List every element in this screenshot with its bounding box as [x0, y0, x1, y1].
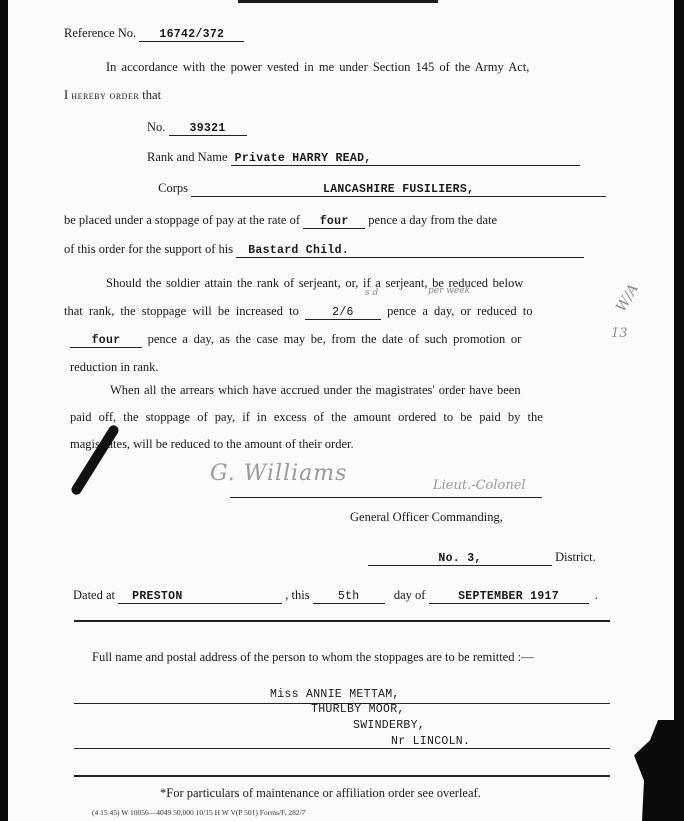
reference-line: Reference No. 16742/372	[64, 26, 244, 42]
preamble-text: In accordance with the power vested in m…	[106, 60, 529, 75]
address-rule-2	[74, 748, 610, 749]
pencil-annotation-week: per week	[428, 286, 470, 296]
serjeant-para-line-3: four pence a day, as the case may be, fr…	[70, 332, 521, 348]
dated-line: Dated at PRESTON , this 5th day of SEPTE…	[73, 588, 598, 604]
order-prefix: I	[64, 88, 68, 102]
serjeant-para-2b: pence a day, or reduced to	[387, 304, 532, 318]
ink-blot	[70, 423, 121, 496]
soldier-number-value: 39321	[169, 122, 247, 136]
reduced-rate-value: four	[70, 334, 142, 348]
date-separator-rule	[74, 620, 610, 622]
reference-label: Reference No.	[64, 26, 136, 40]
form-code: (4 15 45) W 10056—4049 50,000 10/15 H W …	[92, 808, 305, 817]
torn-edge	[634, 720, 674, 821]
stoppage-line: be placed under a stoppage of pay at the…	[64, 213, 497, 229]
rank-name-line: Rank and Name Private HARRY READ,	[147, 150, 580, 166]
dated-at-label: Dated at	[73, 588, 115, 602]
stoppage-text-1: be placed under a stoppage of pay at the…	[64, 213, 300, 227]
dated-at-value: PRESTON	[118, 590, 282, 604]
address-rule-3	[74, 775, 610, 777]
rank-name-value: Private HARRY READ,	[231, 152, 580, 166]
pencil-annotation-sd: s d	[365, 288, 378, 298]
day-value: 5th	[313, 590, 385, 604]
number-label: No.	[147, 120, 165, 134]
arrears-para-line-2: paid off, the stoppage of pay, if in exc…	[70, 410, 543, 425]
margin-annotation: W/A	[613, 281, 641, 314]
serjeant-para-2a: that rank, the stoppage will be increase…	[64, 304, 299, 318]
corps-value: LANCASHIRE FUSILIERS,	[191, 183, 606, 197]
signature: G. Williams	[210, 461, 347, 486]
footnote: *For particulars of maintenance or affil…	[160, 786, 481, 801]
stoppage-text-2: pence a day from the date	[368, 213, 497, 227]
increased-rate-value: 2/6	[305, 306, 381, 320]
support-text: of this order for the support of his	[64, 242, 233, 256]
address-line-3: SWINDERBY,	[353, 719, 425, 732]
order-smallcaps: hereby order	[71, 90, 139, 102]
district-value: No. 3,	[368, 552, 552, 566]
support-value: Bastard Child.	[236, 244, 584, 258]
document-page: Reference No. 16742/372 In accordance wi…	[8, 0, 674, 821]
arrears-para-line-1: When all the arrears which have accrued …	[110, 383, 521, 398]
signature-rank: Lieut.-Colonel	[433, 478, 526, 493]
district-label: District.	[555, 550, 596, 564]
address-line-1: Miss ANNIE METTAM,	[270, 688, 400, 701]
top-border-rule	[238, 0, 438, 3]
serjeant-para-line-4: reduction in rank.	[70, 360, 159, 375]
rank-name-label: Rank and Name	[147, 150, 228, 164]
remit-label: Full name and postal address of the pers…	[92, 650, 534, 665]
support-line: of this order for the support of his Bas…	[64, 242, 584, 258]
month-year-value: SEPTEMBER 1917	[429, 590, 589, 604]
reference-value: 16742/372	[139, 28, 244, 42]
margin-annotation-2: 13	[611, 326, 628, 341]
address-line-2: THURLBY MOOR,	[311, 703, 405, 716]
this-label: , this	[285, 588, 309, 602]
goc-label: General Officer Commanding,	[350, 510, 503, 525]
day-of-label: day of	[394, 588, 426, 602]
address-line-4: Nr LINCOLN.	[391, 735, 470, 748]
signature-rule	[230, 497, 542, 498]
stoppage-rate-value: four	[303, 215, 365, 229]
corps-label: Corps	[158, 181, 188, 195]
order-line: I hereby order that	[64, 88, 161, 103]
corps-line: Corps LANCASHIRE FUSILIERS,	[147, 181, 606, 197]
soldier-number-line: No. 39321	[147, 120, 247, 136]
serjeant-para-line-2: that rank, the stoppage will be increase…	[64, 304, 532, 320]
district-line: No. 3, District.	[368, 550, 596, 566]
serjeant-para-3: pence a day, as the case may be, from th…	[148, 332, 522, 346]
order-suffix: that	[142, 88, 161, 102]
